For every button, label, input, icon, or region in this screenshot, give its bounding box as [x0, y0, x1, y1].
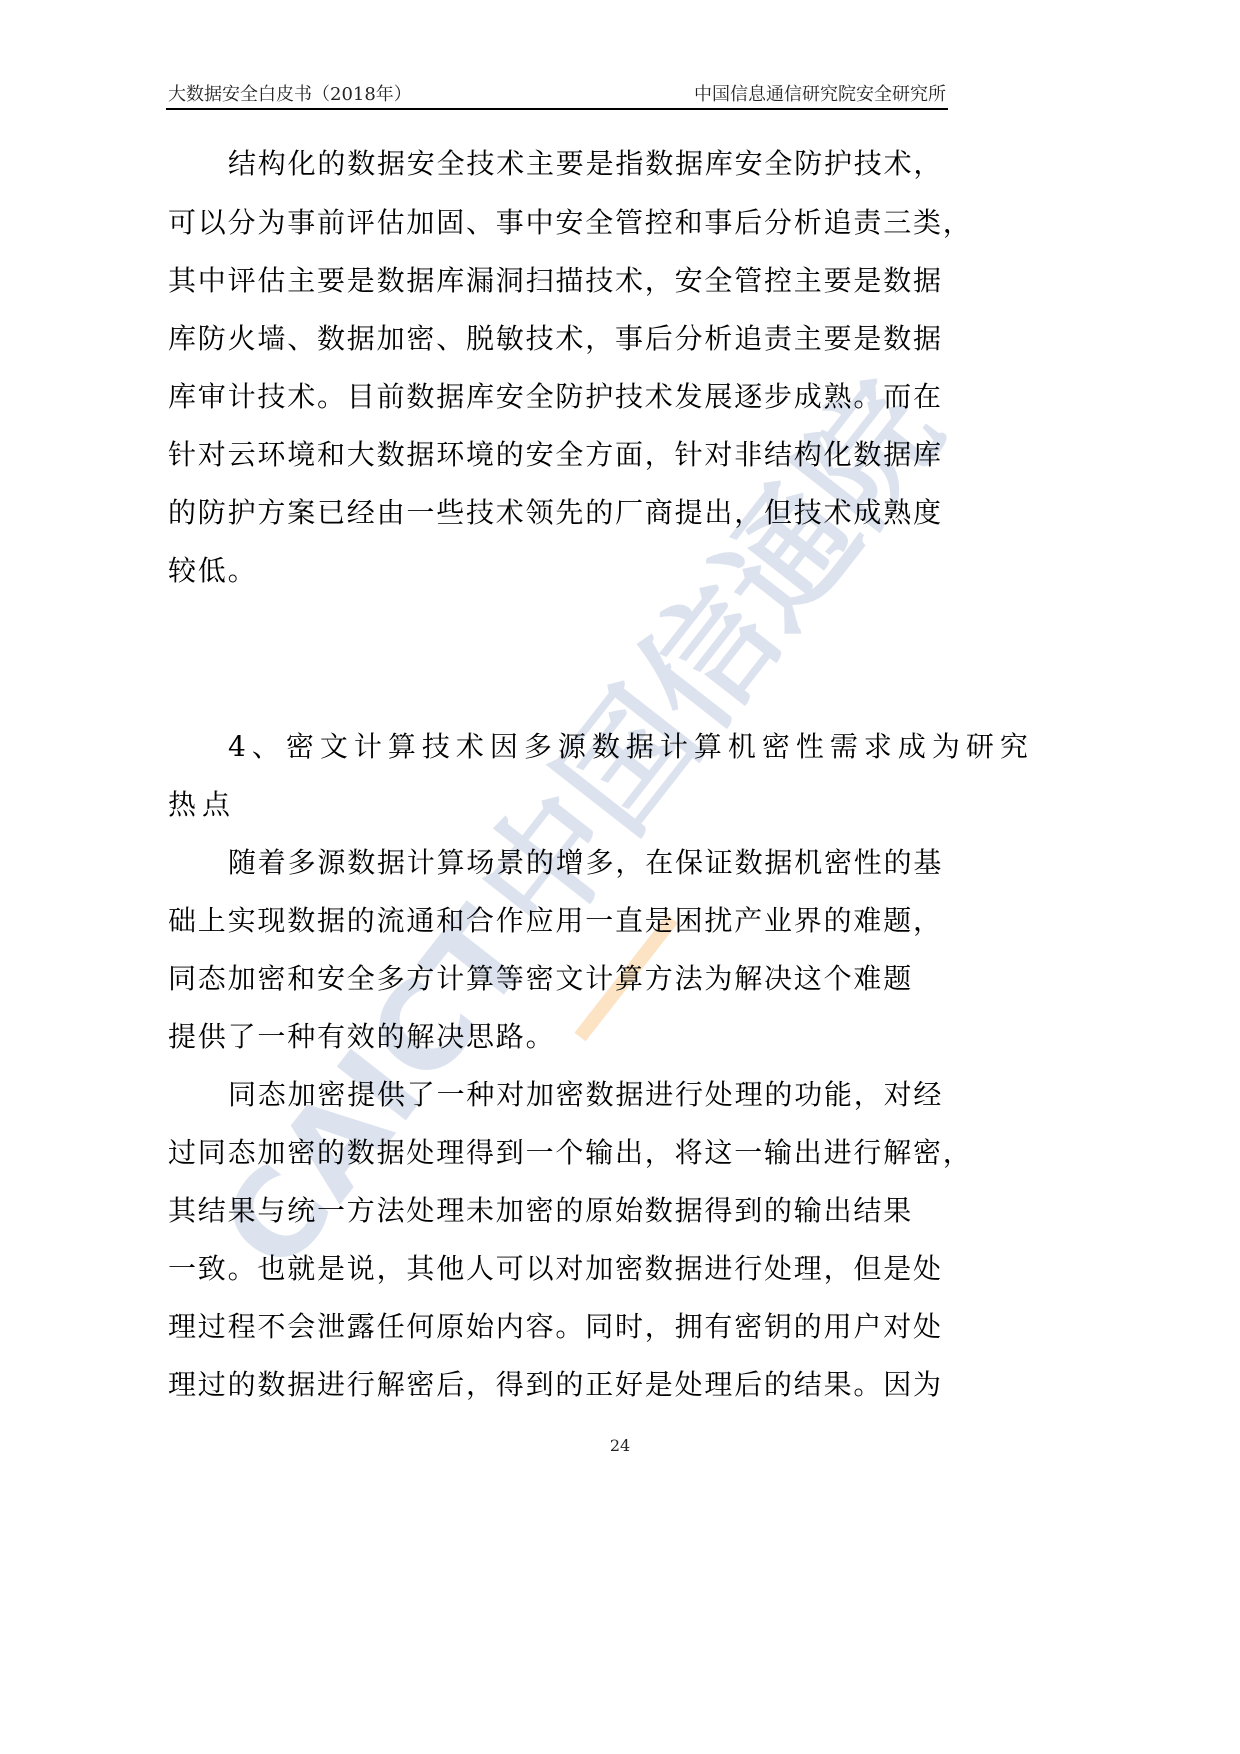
- paragraph-1-line-6: 针对云环境和大数据环境的安全方面，针对非结构化数据库: [168, 438, 943, 472]
- paragraph-2-line-2: 础上实现数据的流通和合作应用一直是困扰产业界的难题，: [168, 904, 943, 938]
- paragraph-1-line-5: 库审计技术。目前数据库安全防护技术发展逐步成熟。而在: [168, 380, 943, 414]
- paragraph-1-line-3: 其中评估主要是数据库漏洞扫描技术，安全管控主要是数据: [168, 264, 943, 298]
- paragraph-3-line-1: 同态加密提供了一种对加密数据进行处理的功能，对经: [228, 1078, 943, 1112]
- document-page: 大数据安全白皮书（2018年） 中国信息通信研究院安全研究所 CAICT中国信通…: [0, 0, 1240, 1754]
- section-heading-line-1: 4、密文计算技术因多源数据计算机密性需求成为研究: [228, 730, 1034, 764]
- paragraph-2-line-1: 随着多源数据计算场景的增多，在保证数据机密性的基: [228, 846, 943, 880]
- section-heading-line-2: 热点: [168, 788, 236, 822]
- paragraph-1-line-8: 较低。: [168, 554, 257, 588]
- paragraph-1-line-2: 可以分为事前评估加固、事中安全管控和事后分析追责三类，: [168, 206, 973, 240]
- paragraph-2-line-3: 同态加密和安全多方计算等密文计算方法为解决这个难题: [168, 962, 913, 996]
- paragraph-1-line-7: 的防护方案已经由一些技术领先的厂商提出，但技术成熟度: [168, 496, 943, 530]
- paragraph-1-line-1: 结构化的数据安全技术主要是指数据库安全防护技术，: [228, 147, 943, 181]
- paragraph-3-line-3: 其结果与统一方法处理未加密的原始数据得到的输出结果: [168, 1194, 913, 1228]
- paragraph-1-line-4: 库防火墙、数据加密、脱敏技术，事后分析追责主要是数据: [168, 322, 943, 356]
- paragraph-3-line-5: 理过程不会泄露任何原始内容。同时，拥有密钥的用户对处: [168, 1310, 943, 1344]
- paragraph-3-line-2: 过同态加密的数据处理得到一个输出，将这一输出进行解密，: [168, 1136, 973, 1170]
- paragraph-2-line-4: 提供了一种有效的解决思路。: [168, 1020, 555, 1054]
- body-text: 结构化的数据安全技术主要是指数据库安全防护技术， 可以分为事前评估加固、事中安全…: [0, 0, 1240, 1754]
- paragraph-3-line-4: 一致。也就是说，其他人可以对加密数据进行处理，但是处: [168, 1252, 943, 1286]
- paragraph-3-line-6: 理过的数据进行解密后，得到的正好是处理后的结果。因为: [168, 1368, 943, 1402]
